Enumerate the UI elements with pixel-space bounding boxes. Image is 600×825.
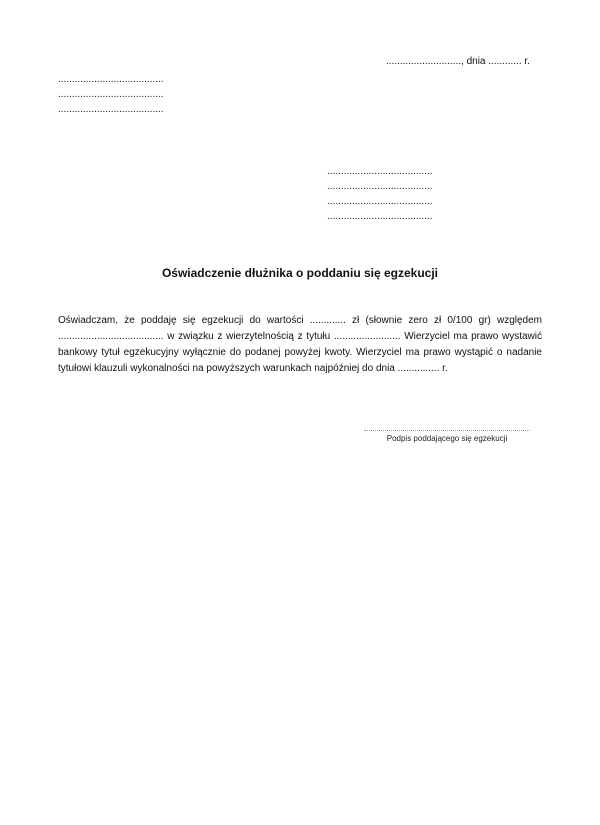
sender-line: ...................................... <box>58 102 164 117</box>
recipient-line: ...................................... <box>327 179 433 194</box>
signature-line <box>364 430 530 431</box>
recipient-line: ...................................... <box>327 209 433 224</box>
recipient-address-block: ...................................... .… <box>327 164 433 224</box>
place-and-date-field: ..........................., dnia ......… <box>386 56 530 67</box>
sender-line: ...................................... <box>58 72 164 87</box>
declaration-body: Oświadczam, że poddaję się egzekucji do … <box>58 313 542 377</box>
recipient-line: ...................................... <box>327 164 433 179</box>
sender-line: ...................................... <box>58 87 164 102</box>
recipient-line: ...................................... <box>327 194 433 209</box>
signature-label: Podpis poddającego się egzekucji <box>364 434 530 443</box>
document-title: Oświadczenie dłużnika o poddaniu się egz… <box>0 266 600 280</box>
sender-address-block: ...................................... .… <box>58 72 164 117</box>
